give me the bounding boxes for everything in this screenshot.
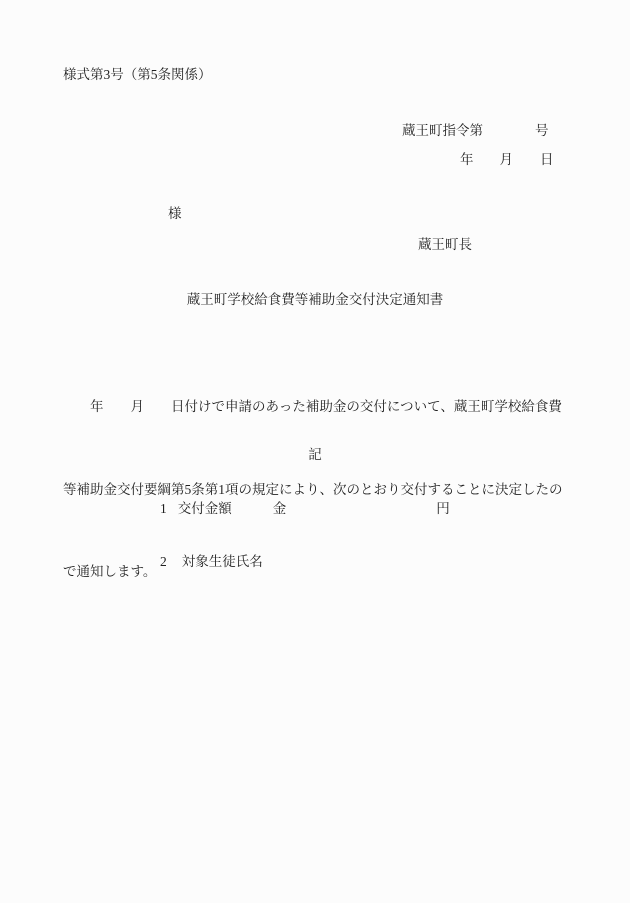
date-line: 年月日 <box>460 153 554 167</box>
body-line-2: 等補助金交付要綱第5条第1項の規定により、次のとおり交付することに決定したの <box>63 476 573 504</box>
record-marker: 記 <box>0 448 630 462</box>
addressee-honorific: 様 <box>168 207 182 221</box>
item2-label: 対象生徒氏名 <box>182 554 263 569</box>
item1-number: 1 <box>160 501 167 516</box>
issuer-title: 蔵王町長 <box>418 238 472 252</box>
list-item-grant-amount: 1交付金額金円 <box>160 502 450 516</box>
body-line-1: 年 月 日付けで申請のあった補助金の交付について、蔵王町学校給食費 <box>63 393 573 421</box>
directive-number-suffix: 号 <box>535 123 549 138</box>
document-page: 様式第3号（第5条関係） 蔵王町指令第号 年月日 様 蔵王町長 蔵王町学校給食費… <box>0 0 630 903</box>
body-line-3: で通知します。 <box>63 558 573 586</box>
document-title: 蔵王町学校給食費等補助金交付決定通知書 <box>0 293 630 307</box>
directive-number-line: 蔵王町指令第号 <box>402 124 549 138</box>
date-year-label: 年 <box>460 152 474 167</box>
item1-label: 交付金額 <box>178 501 232 516</box>
list-item-student-names: 2対象生徒氏名 <box>160 555 263 569</box>
form-number: 様式第3号（第5条関係） <box>63 68 212 82</box>
item2-number: 2 <box>160 554 167 569</box>
date-month-label: 月 <box>500 152 514 167</box>
date-day-label: 日 <box>540 152 554 167</box>
body-paragraph: 年 月 日付けで申請のあった補助金の交付について、蔵王町学校給食費 等補助金交付… <box>63 338 573 641</box>
item1-amount-suffix: 円 <box>436 501 450 516</box>
directive-prefix: 蔵王町指令第 <box>402 123 483 138</box>
item1-amount-prefix: 金 <box>273 501 287 516</box>
